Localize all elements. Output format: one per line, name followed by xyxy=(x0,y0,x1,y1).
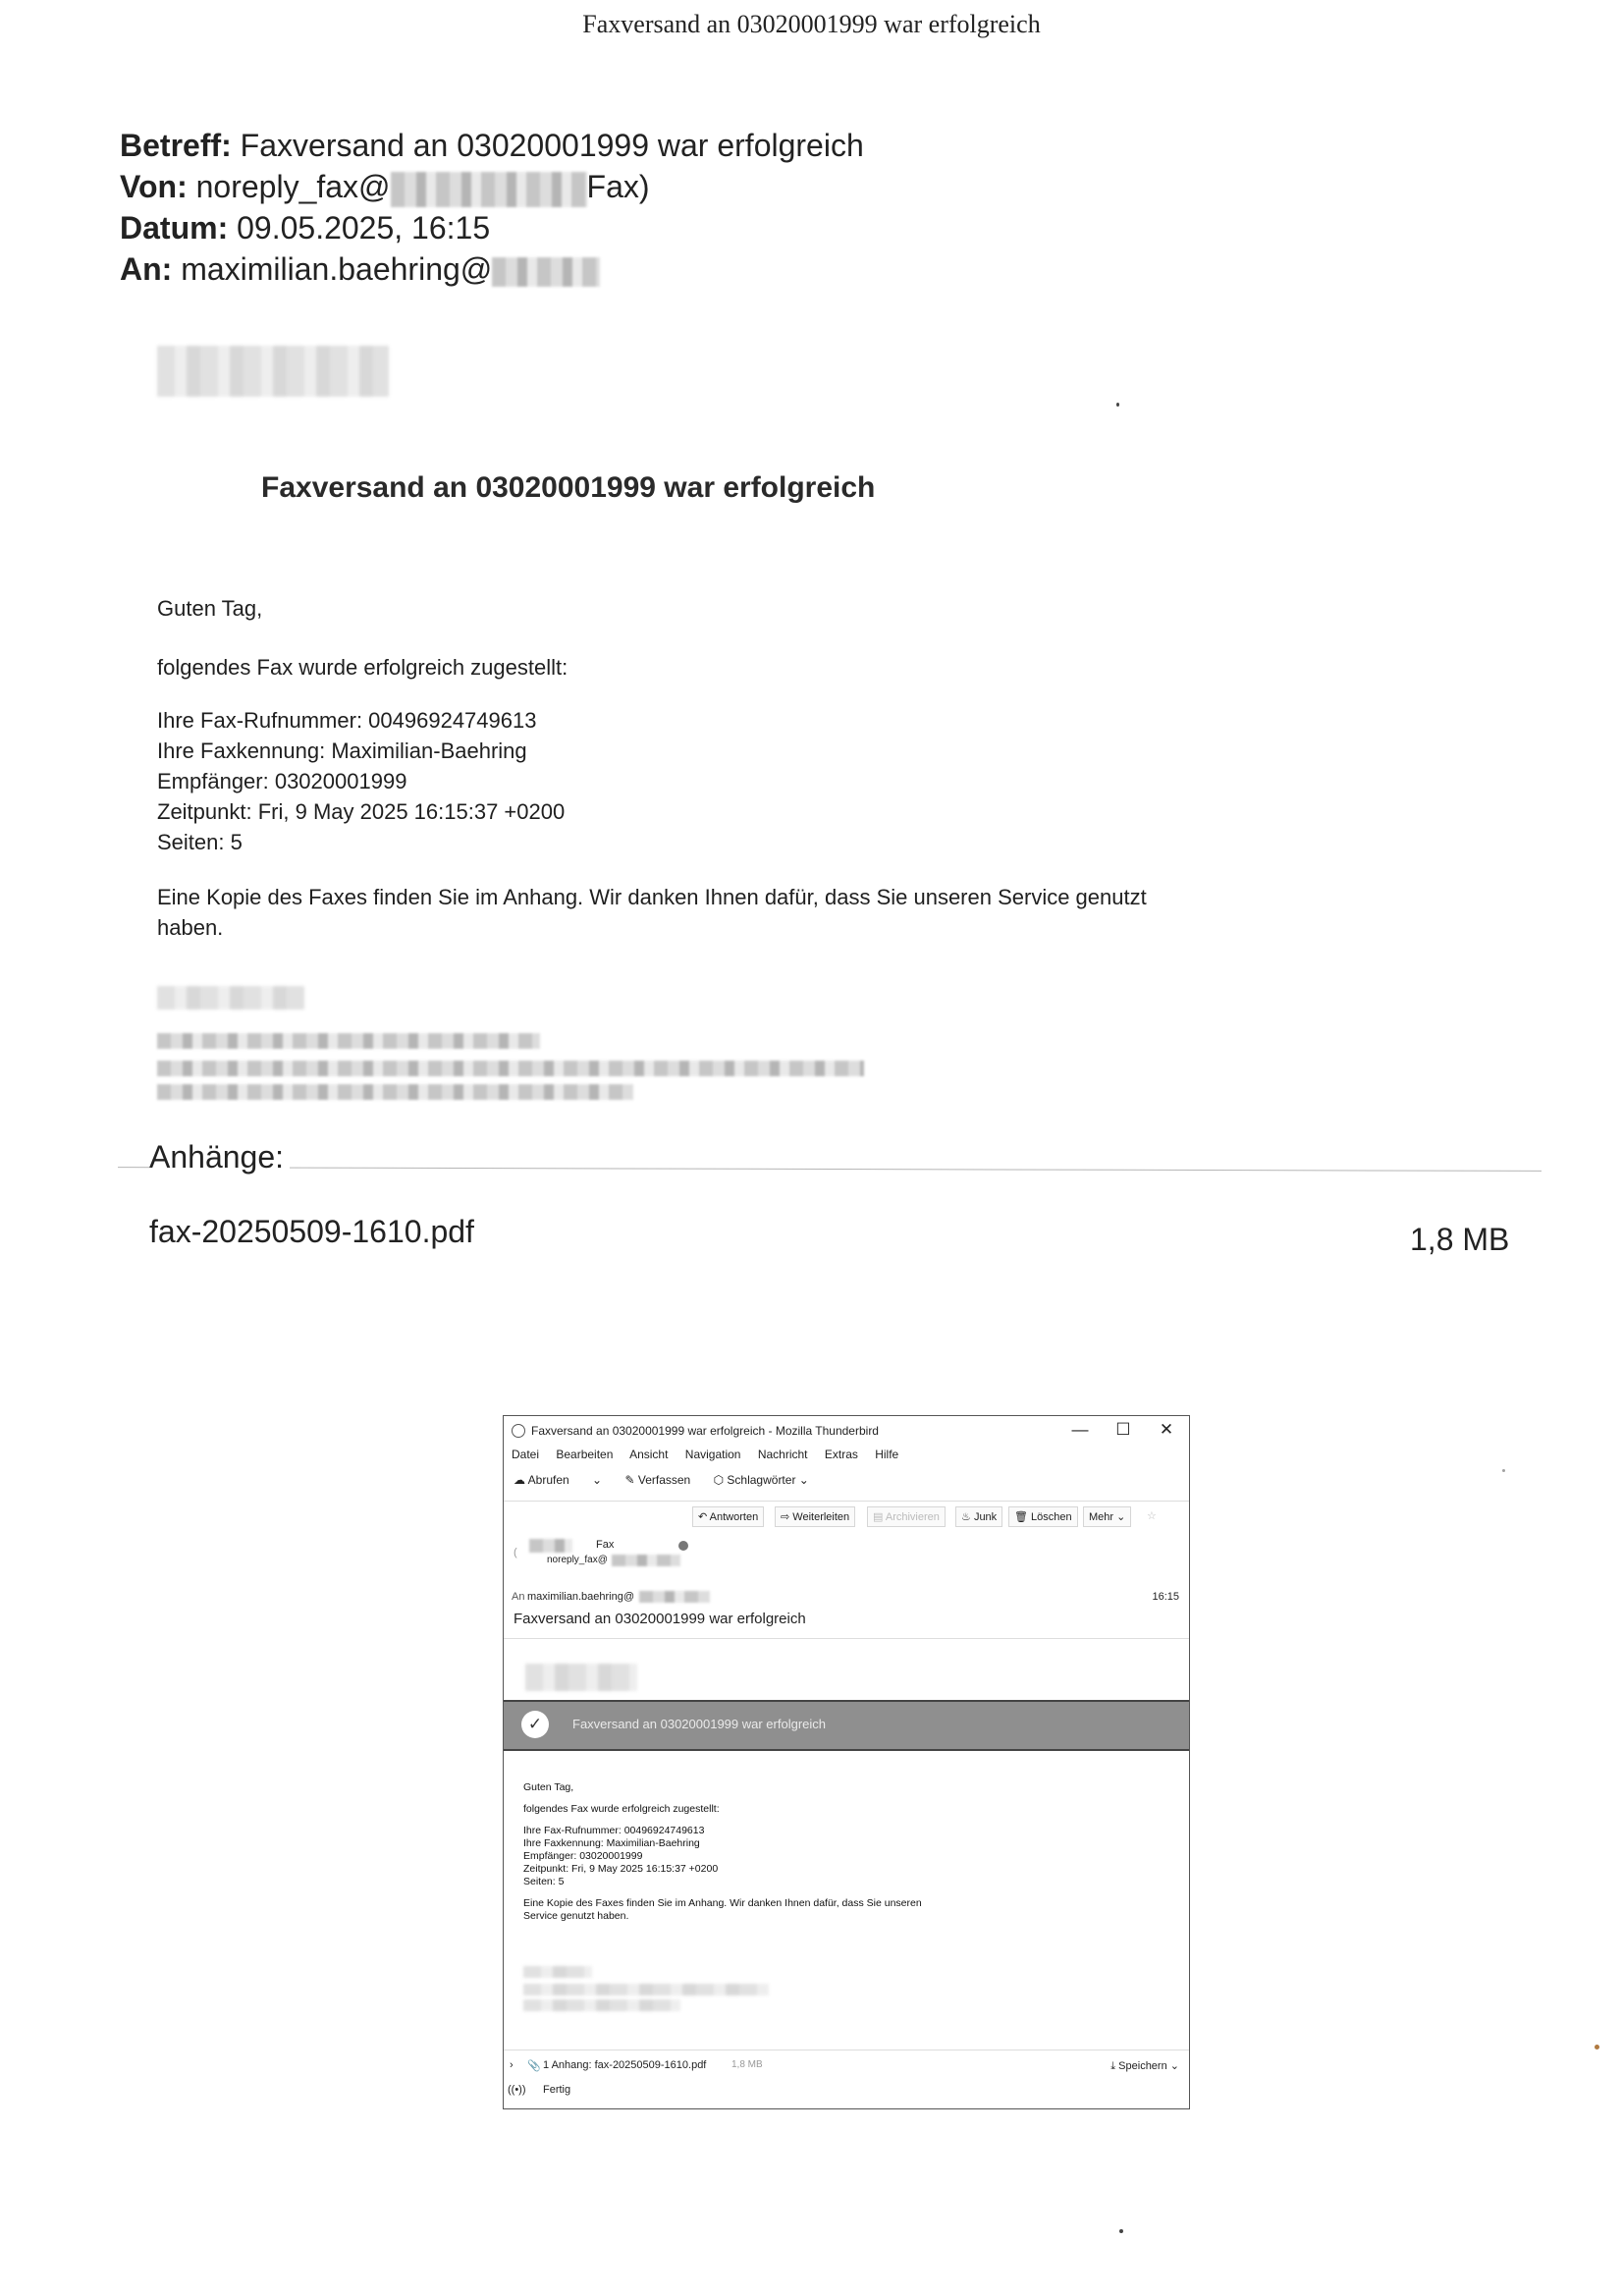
to-line: An: maximilian.baehring@ xyxy=(120,249,600,289)
get-mail-dropdown[interactable]: ⌄ xyxy=(592,1473,602,1487)
closing-text: Eine Kopie des Faxes finden Sie im Anhan… xyxy=(157,882,1147,943)
subject-label: Betreff: xyxy=(120,128,232,163)
close-icon[interactable]: ✕ xyxy=(1154,1420,1179,1440)
message-action-bar: ↶ Antworten ⇨ Weiterleiten ▤ Archivieren… xyxy=(504,1506,1189,1530)
menu-bearbeiten[interactable]: Bearbeiten xyxy=(556,1448,613,1461)
attachment-size: 1,8 MB xyxy=(1410,1222,1509,1258)
main-toolbar: ☁ Abrufen ⌄ ✎ Verfassen ⬡ Schlagwörter ⌄ xyxy=(504,1473,1189,1497)
body-closing-1: Eine Kopie des Faxes finden Sie im Anhan… xyxy=(523,1897,922,1910)
title-bar: Faxversand an 03020001999 war erfolgreic… xyxy=(504,1422,1189,1444)
print-page-title: Faxversand an 03020001999 war erfolgreic… xyxy=(0,10,1623,39)
attachment-size-small: 1,8 MB xyxy=(731,2059,763,2070)
star-icon[interactable]: ☆ xyxy=(1142,1506,1162,1525)
expand-chevron-icon[interactable]: › xyxy=(510,2059,514,2071)
archive-icon: ▤ xyxy=(873,1511,883,1523)
message-body: Guten Tag, folgendes Fax wurde erfolgrei… xyxy=(523,1781,922,1932)
greeting: Guten Tag, xyxy=(157,593,262,624)
intro-text: folgendes Fax wurde erfolgreich zugestel… xyxy=(157,652,568,683)
subject-line: Betreff: Faxversand an 03020001999 war e… xyxy=(120,126,864,165)
redacted-signature-line-3 xyxy=(157,1084,633,1100)
compose-button[interactable]: ✎ Verfassen xyxy=(624,1473,690,1487)
menu-ansicht[interactable]: Ansicht xyxy=(629,1448,668,1461)
success-banner: ✓ Faxversand an 03020001999 war erfolgre… xyxy=(504,1700,1189,1751)
contact-status-icon xyxy=(678,1541,688,1551)
sender-area: ( Fax noreply_fax@ xyxy=(504,1539,1189,1578)
detail-recipient: Empfänger: 03020001999 xyxy=(157,766,565,796)
closing-line-1: Eine Kopie des Faxes finden Sie im Anhan… xyxy=(157,882,1147,912)
from-value: noreply_fax@ xyxy=(196,169,391,204)
toolbar-divider xyxy=(504,1501,1189,1502)
body-detail-recipient: Empfänger: 03020001999 xyxy=(523,1850,922,1863)
thunderbird-window-screenshot: Faxversand an 03020001999 war erfolgreic… xyxy=(503,1415,1190,2109)
message-time: 16:15 xyxy=(1152,1591,1179,1603)
paperclip-icon: 📎 xyxy=(527,2059,541,2072)
detail-fax-id: Ihre Faxkennung: Maximilian-Baehring xyxy=(157,736,565,766)
download-icon: ⤓ xyxy=(1110,2060,1115,2072)
scan-speck xyxy=(1119,2229,1123,2233)
redacted-logo-small xyxy=(525,1664,637,1691)
redacted-signature-small-2 xyxy=(523,1984,769,1995)
menu-nachricht[interactable]: Nachricht xyxy=(758,1448,808,1461)
tags-label: Schlagwörter xyxy=(727,1473,795,1487)
redacted-to-domain xyxy=(639,1591,710,1603)
header-divider xyxy=(504,1638,1189,1639)
maximize-icon[interactable]: ☐ xyxy=(1110,1420,1136,1440)
detail-timestamp: Zeitpunkt: Fri, 9 May 2025 16:15:37 +020… xyxy=(157,796,565,827)
thunderbird-logo-icon xyxy=(512,1424,525,1438)
scan-speck xyxy=(1595,2045,1599,2050)
junk-icon: ♨ xyxy=(961,1511,971,1523)
fax-details: Ihre Fax-Rufnummer: 00496924749613 Ihre … xyxy=(157,705,565,857)
attachment-summary[interactable]: 1 Anhang: fax-20250509-1610.pdf xyxy=(543,2059,706,2071)
save-button[interactable]: ⤓ Speichern ⌄ xyxy=(1110,2059,1179,2073)
date-value: 09.05.2025, 16:15 xyxy=(237,210,490,246)
redacted-sender xyxy=(391,172,587,207)
sender-email: noreply_fax@ xyxy=(547,1555,608,1565)
redacted-signature-line-2 xyxy=(157,1061,864,1076)
tags-button[interactable]: ⬡ Schlagwörter ⌄ xyxy=(714,1473,809,1487)
checkmark-icon: ✓ xyxy=(521,1711,549,1738)
banner-text: Faxversand an 03020001999 war erfolgreic… xyxy=(572,1717,826,1731)
reply-button[interactable]: ↶ Antworten xyxy=(692,1506,764,1527)
body-detail-fax-number: Ihre Fax-Rufnummer: 00496924749613 xyxy=(523,1825,922,1837)
body-closing-2: Service genutzt haben. xyxy=(523,1910,922,1923)
minimize-icon[interactable]: — xyxy=(1067,1420,1093,1440)
detail-pages: Seiten: 5 xyxy=(157,827,565,857)
delete-button[interactable]: 🗑 Löschen xyxy=(1008,1506,1078,1527)
closing-line-2: haben. xyxy=(157,912,1147,943)
menu-bar: Datei Bearbeiten Ansicht Navigation Nach… xyxy=(504,1448,1189,1467)
cloud-download-icon: ☁ xyxy=(514,1473,525,1487)
subject-value: Faxversand an 03020001999 war erfolgreic… xyxy=(241,128,864,163)
trash-icon: 🗑 xyxy=(1014,1511,1028,1523)
body-details: Ihre Fax-Rufnummer: 00496924749613 Ihre … xyxy=(523,1825,922,1888)
redacted-sender-domain xyxy=(612,1555,680,1566)
forward-button[interactable]: ⇨ Weiterleiten xyxy=(775,1506,855,1527)
scan-speck xyxy=(1502,1469,1505,1472)
from-label: Von: xyxy=(120,169,188,204)
detail-fax-number: Ihre Fax-Rufnummer: 00496924749613 xyxy=(157,705,565,736)
body-detail-fax-id: Ihre Faxkennung: Maximilian-Baehring xyxy=(523,1837,922,1850)
redacted-logo xyxy=(157,346,389,397)
archive-button[interactable]: ▤ Archivieren xyxy=(867,1506,946,1527)
menu-navigation[interactable]: Navigation xyxy=(685,1448,741,1461)
redacted-signature-name xyxy=(157,986,304,1010)
attachments-label: Anhänge: xyxy=(149,1139,290,1175)
attachment-filename[interactable]: fax-20250509-1610.pdf xyxy=(149,1214,474,1250)
date-label: Datum: xyxy=(120,210,228,246)
connection-icon: ((•)) xyxy=(508,2084,526,2096)
body-detail-pages: Seiten: 5 xyxy=(523,1876,922,1888)
more-button[interactable]: Mehr ⌄ xyxy=(1083,1506,1131,1527)
scan-speck xyxy=(1116,403,1119,407)
sender-name-suffix: Fax xyxy=(596,1539,614,1551)
junk-button[interactable]: ♨ Junk xyxy=(955,1506,1002,1527)
pencil-icon: ✎ xyxy=(624,1473,634,1487)
body-detail-timestamp: Zeitpunkt: Fri, 9 May 2025 16:15:37 +020… xyxy=(523,1863,922,1876)
redacted-signature-small-1 xyxy=(523,1966,592,1978)
menu-extras[interactable]: Extras xyxy=(825,1448,858,1461)
attachment-divider xyxy=(504,2050,1189,2050)
to-label: An: xyxy=(120,251,172,287)
redacted-signature-small-3 xyxy=(523,1999,680,2011)
tag-icon: ⬡ xyxy=(714,1473,724,1487)
status-text: Fertig xyxy=(543,2084,570,2096)
to-value: maximilian.baehring@ xyxy=(181,251,492,287)
to-label: An xyxy=(512,1591,524,1603)
to-value: maximilian.baehring@ xyxy=(527,1591,634,1603)
message-heading: Faxversand an 03020001999 war erfolgreic… xyxy=(261,471,875,505)
date-line: Datum: 09.05.2025, 16:15 xyxy=(120,208,490,247)
compose-label: Verfassen xyxy=(638,1473,690,1487)
menu-datei[interactable]: Datei xyxy=(512,1448,539,1461)
get-mail-label: Abrufen xyxy=(528,1473,569,1487)
from-line: Von: noreply_fax@Fax) xyxy=(120,167,650,207)
menu-hilfe[interactable]: Hilfe xyxy=(875,1448,898,1461)
from-suffix: Fax) xyxy=(587,169,650,204)
redacted-sender-name xyxy=(529,1539,572,1553)
avatar: ( xyxy=(514,1547,517,1558)
reply-icon: ↶ xyxy=(698,1511,707,1523)
attachments-divider xyxy=(118,1167,1542,1172)
body-closing: Eine Kopie des Faxes finden Sie im Anhan… xyxy=(523,1897,922,1923)
body-intro: folgendes Fax wurde erfolgreich zugestel… xyxy=(523,1803,922,1816)
window-title: Faxversand an 03020001999 war erfolgreic… xyxy=(531,1424,879,1438)
redacted-signature-line-1 xyxy=(157,1033,540,1049)
redacted-recipient-domain xyxy=(492,257,600,287)
forward-icon: ⇨ xyxy=(781,1511,789,1523)
message-subject: Faxversand an 03020001999 war erfolgreic… xyxy=(504,1611,1189,1627)
body-greeting: Guten Tag, xyxy=(523,1781,922,1794)
get-mail-button[interactable]: ☁ Abrufen xyxy=(514,1473,569,1487)
